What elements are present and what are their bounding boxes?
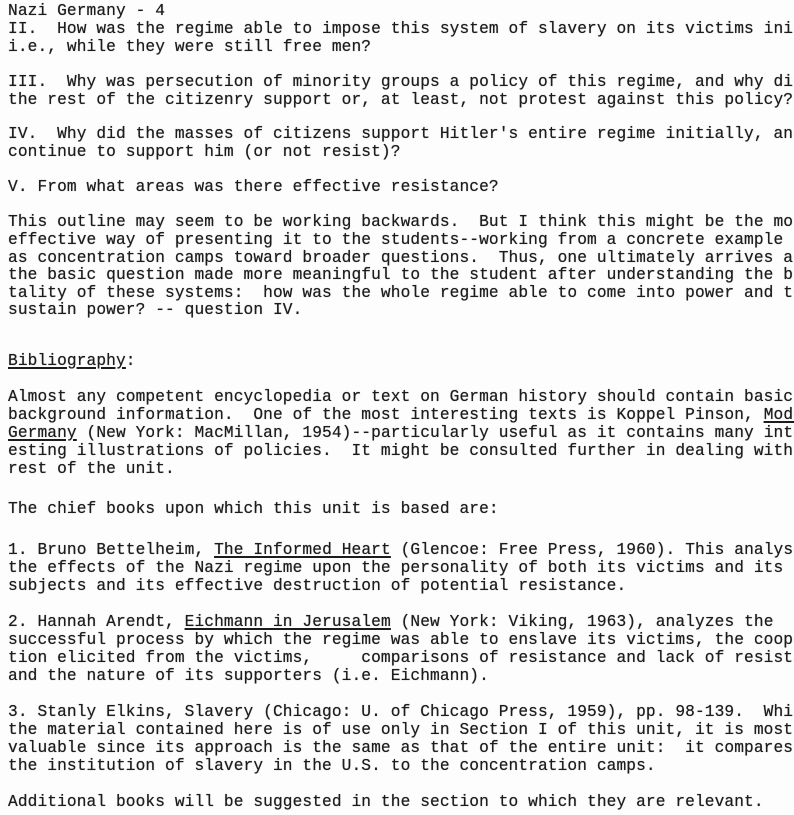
- intro-paragraph-line: esting illustrations of policies. It mig…: [8, 442, 794, 460]
- question-ii-line-1: II. How was the regime able to impose th…: [8, 20, 794, 38]
- page-header: Nazi Germany - 4: [8, 2, 165, 20]
- question-iv-line-2: continue to support him (or not resist)?: [8, 143, 401, 161]
- book-title-modern: Modern: [764, 406, 794, 424]
- outline-paragraph-line: sustain power? -- question IV.: [8, 301, 302, 319]
- intro-paragraph-line: background information. One of the most …: [8, 406, 794, 424]
- book-publication: (Glencoe: Free Press, 1960). This analys…: [391, 541, 794, 559]
- book-3-line: the material contained here is of use on…: [8, 721, 793, 739]
- book-2-line-1: 2. Hannah Arendt, Eichmann in Jerusalem …: [8, 613, 774, 631]
- outline-paragraph-line: effective way of presenting it to the st…: [8, 231, 794, 249]
- question-v: V. From what areas was there effective r…: [8, 178, 499, 196]
- book-1-line-1: 1. Bruno Bettelheim, The Informed Heart …: [8, 541, 794, 559]
- outline-paragraph-line: as concentration camps toward broader qu…: [8, 249, 794, 267]
- intro-text: background information. One of the most …: [8, 406, 764, 424]
- book-2-line: tion elicited from the victims, comparis…: [8, 649, 794, 667]
- outline-paragraph-line: tality of these systems: how was the who…: [8, 284, 794, 302]
- book-3-line: the institution of slavery in the U.S. t…: [8, 757, 656, 775]
- book-title-germany: Germany: [8, 424, 77, 442]
- book-author: 1. Bruno Bettelheim,: [8, 541, 214, 559]
- question-iii-line-1: III. Why was persecution of minority gro…: [8, 73, 794, 91]
- outline-paragraph-line: the basic question made more meaningful …: [8, 266, 794, 284]
- book-1-line: subjects and its effective destruction o…: [8, 577, 626, 595]
- bibliography-heading: Bibliography:: [8, 352, 136, 370]
- question-iii-line-2: the rest of the citizenry support or, at…: [8, 91, 793, 109]
- intro-text: (New York: MacMillan, 1954)--particularl…: [77, 424, 794, 442]
- question-iv-line-1: IV. Why did the masses of citizens suppo…: [8, 125, 794, 143]
- intro-paragraph-line: rest of the unit.: [8, 460, 175, 478]
- book-author: 2. Hannah Arendt,: [8, 613, 185, 631]
- chief-books-intro: The chief books upon which this unit is …: [8, 500, 499, 518]
- book-3-line: valuable since its approach is the same …: [8, 739, 793, 757]
- book-1-line: the effects of the Nazi regime upon the …: [8, 559, 783, 577]
- typewritten-page: Nazi Germany - 4 II. How was the regime …: [0, 0, 794, 815]
- book-title: The Informed Heart: [214, 541, 391, 559]
- outline-paragraph-line: This outline may seem to be working back…: [8, 213, 794, 231]
- bibliography-heading-text: Bibliography: [8, 352, 126, 370]
- closing-note: Additional books will be suggested in th…: [8, 793, 764, 811]
- book-title: Eichmann in Jerusalem: [185, 613, 391, 631]
- book-2-line: and the nature of its supporters (i.e. E…: [8, 667, 489, 685]
- question-ii-line-2: i.e., while they were still free men?: [8, 38, 371, 56]
- bibliography-colon: :: [126, 352, 136, 370]
- book-publication: (New York: Viking, 1963), analyzes the: [391, 613, 774, 631]
- book-3-line-1: 3. Stanly Elkins, Slavery (Chicago: U. o…: [8, 703, 794, 721]
- book-2-line: successful process by which the regime w…: [8, 631, 794, 649]
- intro-paragraph-line: Almost any competent encyclopedia or tex…: [8, 388, 793, 406]
- intro-paragraph-line: Germany (New York: MacMillan, 1954)--par…: [8, 424, 794, 442]
